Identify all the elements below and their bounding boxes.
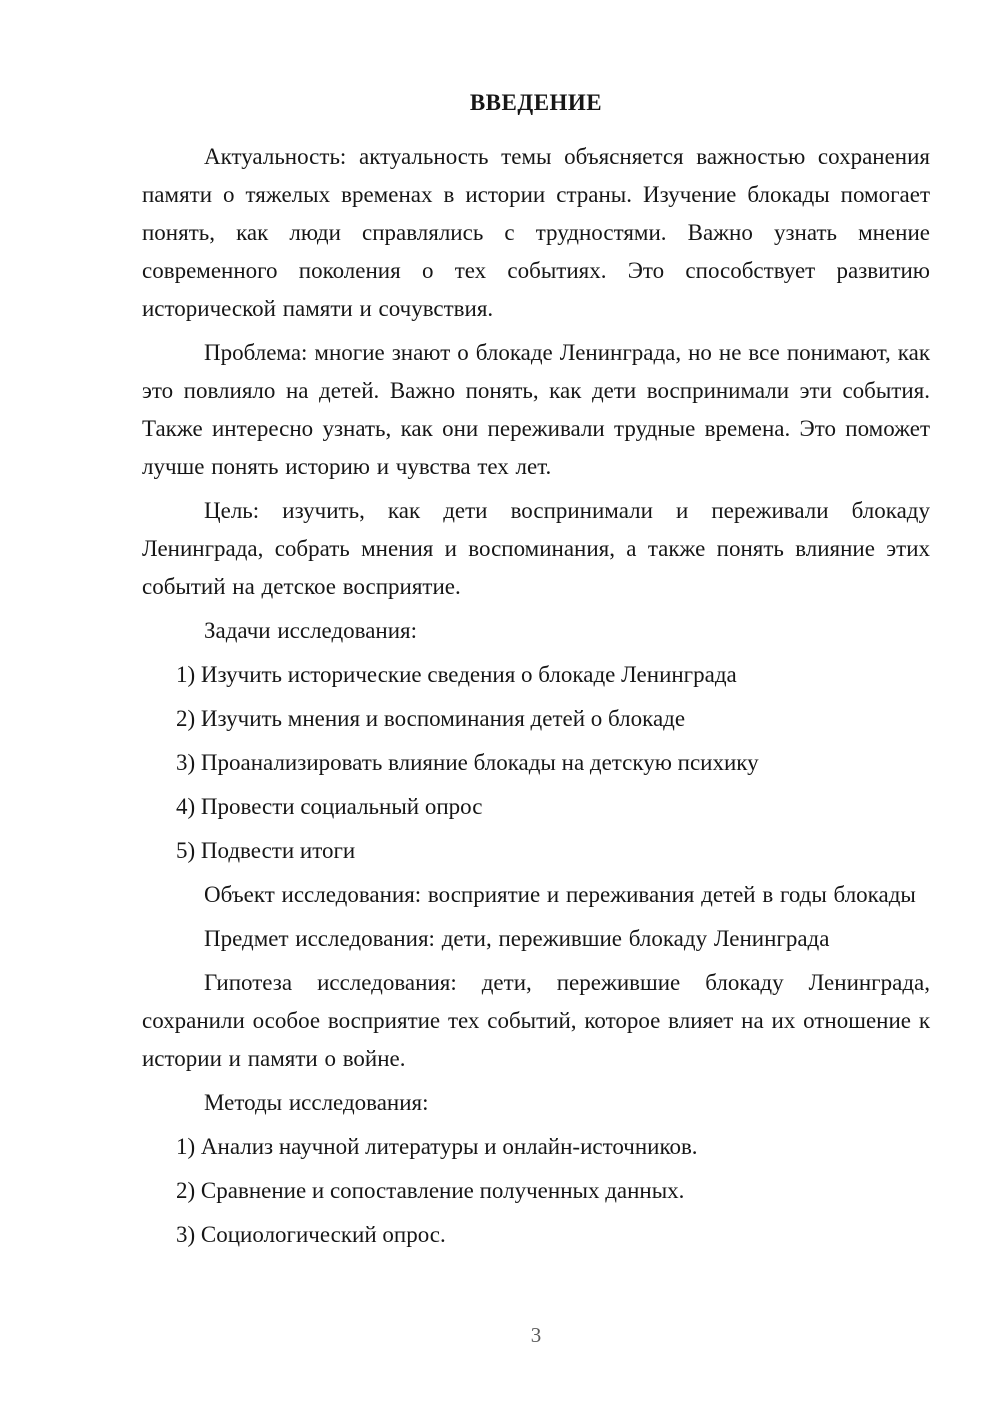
page-title: ВВЕДЕНИЕ — [142, 88, 930, 118]
paragraph-topicality: Актуальность: актуальность темы объясняе… — [142, 138, 930, 328]
document-content: ВВЕДЕНИЕ Актуальность: актуальность темы… — [0, 0, 1000, 1254]
task-item-5: 5) Подвести итоги — [142, 832, 930, 870]
method-item-3: 3) Социологический опрос. — [142, 1216, 930, 1254]
paragraph-object: Объект исследования: восприятие и пережи… — [142, 876, 930, 914]
paragraph-tasks-heading: Задачи исследования: — [142, 612, 930, 650]
tasks-list: 1) Изучить исторические сведения о блока… — [142, 656, 930, 870]
paragraph-subject: Предмет исследования: дети, пережившие б… — [142, 920, 930, 958]
task-item-4: 4) Провести социальный опрос — [142, 788, 930, 826]
paragraph-problem: Проблема: многие знают о блокаде Ленингр… — [142, 334, 930, 486]
method-item-2: 2) Сравнение и сопоставление полученных … — [142, 1172, 930, 1210]
methods-list: 1) Анализ научной литературы и онлайн-ис… — [142, 1128, 930, 1254]
method-item-1: 1) Анализ научной литературы и онлайн-ис… — [142, 1128, 930, 1166]
paragraph-methods-heading: Методы исследования: — [142, 1084, 930, 1122]
paragraph-goal: Цель: изучить, как дети воспринимали и п… — [142, 492, 930, 606]
page-number: 3 — [142, 1320, 930, 1350]
task-item-2: 2) Изучить мнения и воспоминания детей о… — [142, 700, 930, 738]
paragraph-hypothesis: Гипотеза исследования: дети, пережившие … — [142, 964, 930, 1078]
task-item-1: 1) Изучить исторические сведения о блока… — [142, 656, 930, 694]
document-page: ВВЕДЕНИЕ Актуальность: актуальность темы… — [0, 0, 1000, 1414]
task-item-3: 3) Проанализировать влияние блокады на д… — [142, 744, 930, 782]
